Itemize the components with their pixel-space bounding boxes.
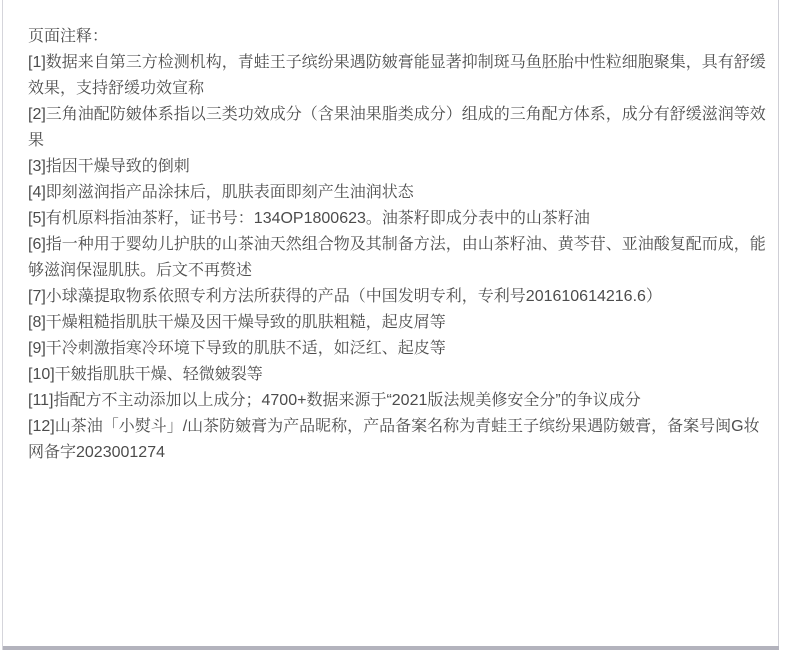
note-item: [2]三角油配防皴体系指以三类功效成分（含果油果脂类成分）组成的三角配方体系，成… [28, 102, 766, 154]
next-section-top-edge [3, 646, 779, 650]
note-item: [8]干燥粗糙指肌肤干燥及因干燥导致的肌肤粗糙，起皮屑等 [28, 310, 766, 336]
page-title: 页面注释： [28, 24, 766, 50]
note-item: [4]即刻滋润指产品涂抹后，肌肤表面即刻产生油润状态 [28, 180, 766, 206]
note-item: [12]山茶油「小熨斗」/山茶防皴膏为产品昵称，产品备案名称为青蛙王子缤纷果遇防… [28, 414, 766, 466]
annotation-page: 页面注释： [1]数据来自第三方检测机构，青蛙王子缤纷果遇防皴膏能显著抑制斑马鱼… [2, 0, 779, 650]
note-item: [6]指一种用于婴幼儿护肤的山茶油天然组合物及其制备方法，由山茶籽油、黄芩苷、亚… [28, 232, 766, 284]
note-item: [10]干皴指肌肤干燥、轻微皴裂等 [28, 362, 766, 388]
annotation-content: 页面注释： [1]数据来自第三方检测机构，青蛙王子缤纷果遇防皴膏能显著抑制斑马鱼… [3, 0, 778, 466]
note-item: [3]指因干燥导致的倒刺 [28, 154, 766, 180]
note-item: [7]小球藻提取物系依照专利方法所获得的产品（中国发明专利，专利号2016106… [28, 284, 766, 310]
note-item: [5]有机原料指油茶籽，证书号：134OP1800623。油茶籽即成分表中的山茶… [28, 206, 766, 232]
note-item: [1]数据来自第三方检测机构，青蛙王子缤纷果遇防皴膏能显著抑制斑马鱼胚胎中性粒细… [28, 50, 766, 102]
note-item: [11]指配方不主动添加以上成分；4700+数据来源于“2021版法规美修安全分… [28, 388, 766, 414]
note-item: [9]干冷刺激指寒冷环境下导致的肌肤不适，如泛红、起皮等 [28, 336, 766, 362]
